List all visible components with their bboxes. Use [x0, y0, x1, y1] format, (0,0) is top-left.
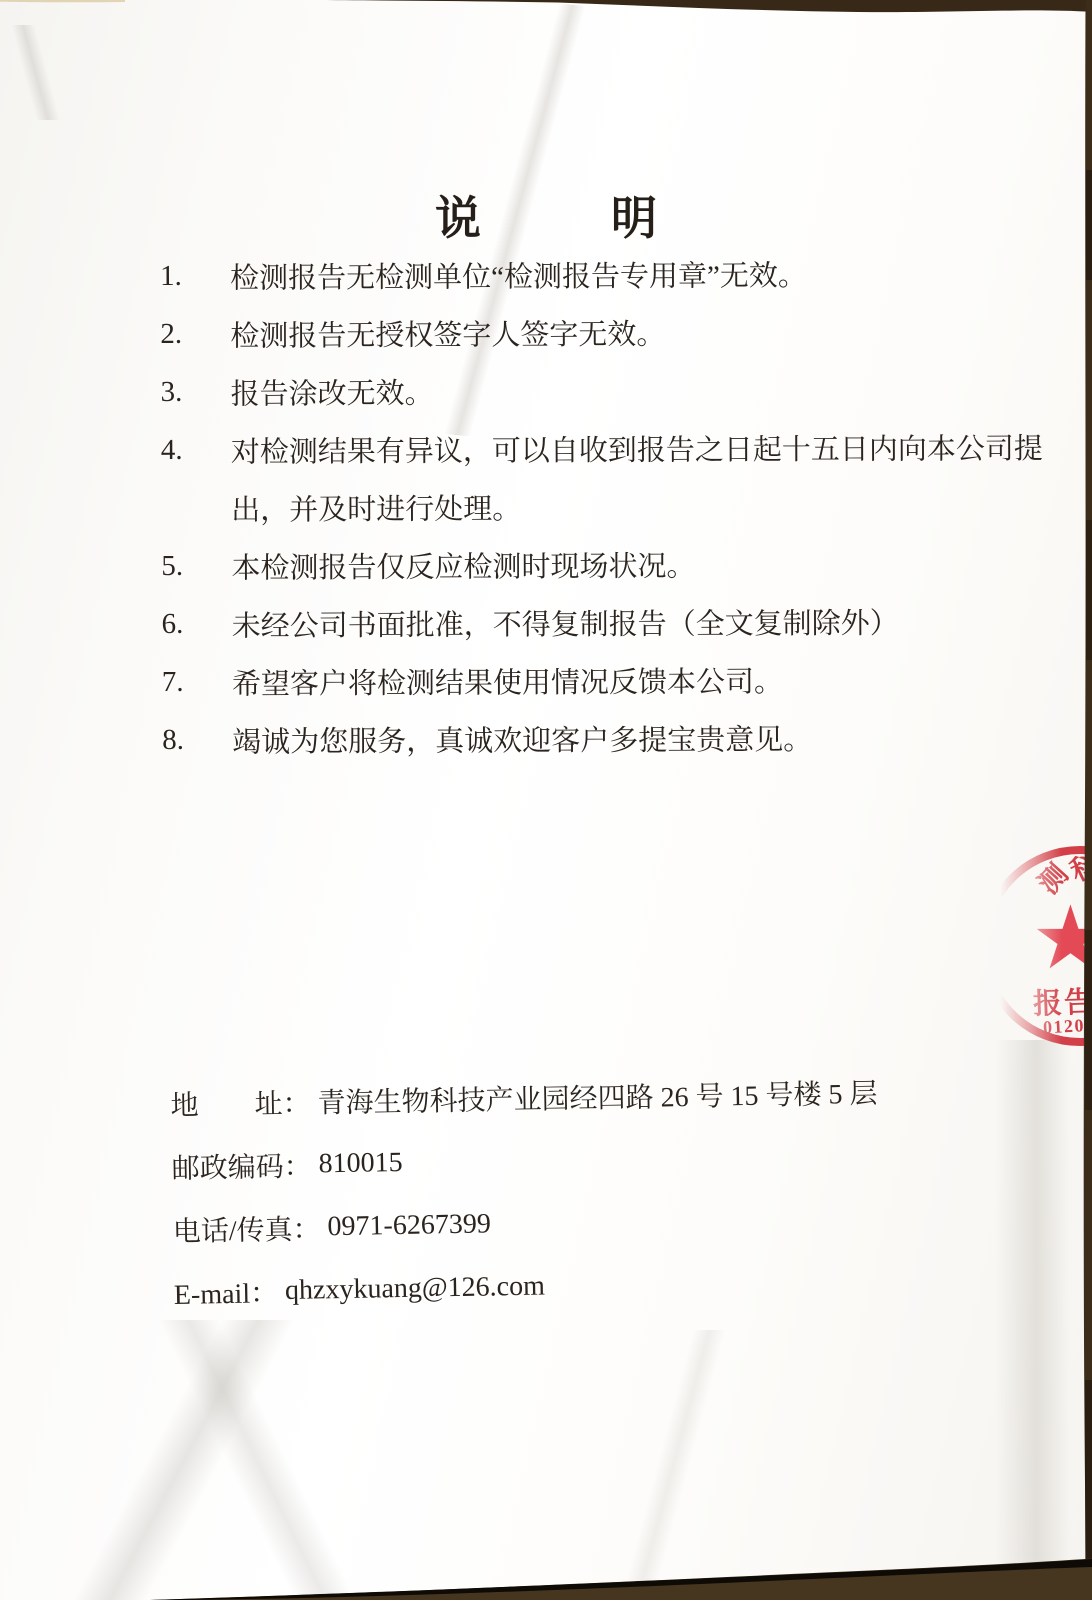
note-number: 5. [161, 537, 231, 595]
note-text: 本检测报告仅反应检测时现场状况。 [231, 533, 1001, 594]
contact-value: 青海生物科技产业园经四路 26 号 15 号楼 5 层 [317, 1071, 878, 1121]
note-text: 检测报告无授权签字人签字无效。 [230, 301, 1000, 362]
page-title: 说 明 [0, 182, 1092, 248]
notes-list: 1. 检测报告无检测单位“检测报告专用章”无效。 2. 检测报告无授权签字人签字… [160, 243, 1002, 769]
scan-edge-top [310, 0, 1092, 12]
note-text: 希望客户将检测结果使用情况反馈本公司。 [232, 649, 1002, 710]
note-number: 3. [161, 363, 231, 421]
note-text: 竭诚为您服务，真诚欢迎客户多提宝贵意见。 [232, 707, 1002, 768]
contact-block: 地 址： 青海生物科技产业园经四路 26 号 15 号楼 5 层 邮政编码： 8… [170, 1059, 934, 1324]
scan-edge-bottom-line [150, 1559, 1092, 1600]
page-title-char: 明 [611, 182, 657, 248]
scan-edge-bottom-shadow [150, 1559, 1092, 1600]
paper-crease [8, 25, 63, 120]
paper-crease [10, 1320, 390, 1600]
note-item: 4. 对检测结果有异议，可以自收到报告之日起十五日内向本公司提 出，并及时进行处… [161, 417, 1001, 537]
page-title-char: 说 [435, 182, 481, 248]
scan-edge-top-left [0, 0, 125, 2]
scan-edge-texture [1085, 930, 1092, 1110]
star-icon: ★ [1031, 894, 1092, 982]
note-number: 7. [162, 653, 232, 711]
stamp-arc-char: 科 [1063, 842, 1092, 890]
note-text: 检测报告无检测单位“检测报告专用章”无效。 [230, 243, 1000, 304]
note-item: 7. 希望客户将检测结果使用情况反馈本公司。 [162, 649, 1002, 711]
note-item: 3. 报告涂改无效。 [161, 359, 1001, 421]
note-item: 1. 检测报告无检测单位“检测报告专用章”无效。 [160, 243, 1000, 305]
note-text: 出，并及时进行处理。 [231, 475, 1043, 537]
note-item: 6. 未经公司书面批准，不得复制报告（全文复制除外） [162, 591, 1002, 653]
contact-value: qhzxykuang@126.com [285, 1270, 545, 1307]
contact-value: 0971-6267399 [327, 1208, 491, 1243]
contact-row-email: E-mail： qhzxykuang@126.com [173, 1248, 934, 1324]
note-number: 2. [160, 305, 230, 363]
contact-label: E-mail： [173, 1271, 278, 1313]
scan-edge-texture [1085, 1380, 1092, 1600]
contact-label: 邮政编码： [171, 1144, 312, 1186]
note-number: 4. [161, 421, 231, 479]
contact-value: 810015 [318, 1146, 403, 1179]
scan-edge-texture [1086, 520, 1092, 660]
paper-crease [995, 1040, 1070, 1580]
paper-crease [540, 1330, 800, 1600]
note-number: 1. [160, 247, 230, 305]
scanned-document-page: 测 科 ★ 报告专 01204 说 明 1. 检测报告无检测单位“检测报告专用章… [0, 0, 1092, 1600]
note-text: 未经公司书面批准，不得复制报告（全文复制除外） [232, 591, 1002, 652]
contact-label: 地 址： [170, 1081, 311, 1123]
note-item: 8. 竭诚为您服务，真诚欢迎客户多提宝贵意见。 [162, 707, 1002, 769]
note-number: 6. [162, 595, 232, 653]
stamp-ring [980, 846, 1092, 1046]
note-number: 8. [162, 711, 232, 769]
note-text: 报告涂改无效。 [231, 359, 1001, 420]
stamp-arc-char: 测 [1028, 854, 1076, 902]
stamp-line-text: 报告专 [1032, 978, 1092, 1022]
note-item: 2. 检测报告无授权签字人签字无效。 [160, 301, 1000, 363]
contact-label: 电话/传真： [172, 1207, 320, 1250]
stamp-serial-number: 01204 [1042, 1015, 1092, 1039]
note-text: 对检测结果有异议，可以自收到报告之日起十五日内向本公司提 [231, 417, 1043, 479]
note-item: 5. 本检测报告仅反应检测时现场状况。 [161, 533, 1001, 595]
